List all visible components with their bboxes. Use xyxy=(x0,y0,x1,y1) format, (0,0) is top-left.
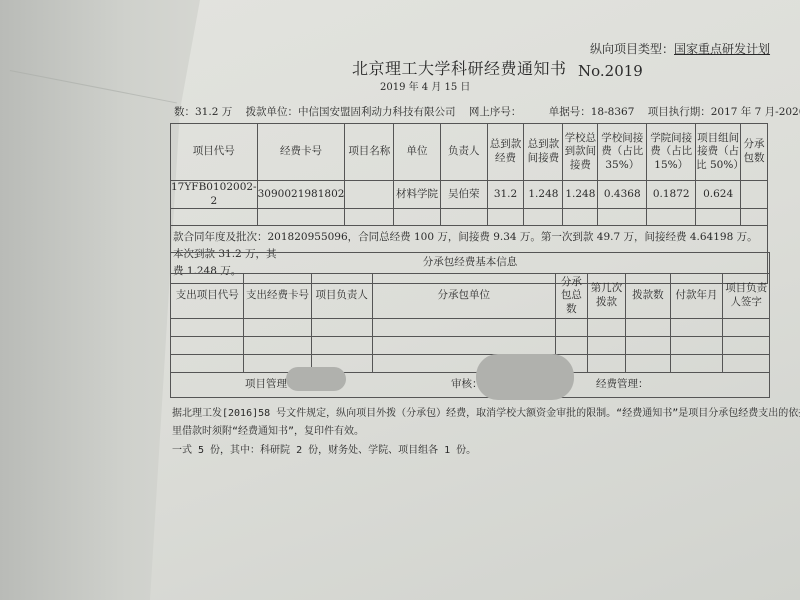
table-row-blank xyxy=(171,209,768,226)
document-title: 北京理工大学科研经费通知书 xyxy=(352,56,567,79)
header-cell: 经费卡号 xyxy=(257,124,345,181)
document-date: 2019 年 4 月 15 日 xyxy=(380,78,470,93)
footnote-1: 据北理工发[2016]58 号文件规定，纵向项目外拨（分承包）经费，取消学校大额… xyxy=(172,404,800,419)
table-row: 17YFB0102002-2 3090021981802 材料学院 吴伯荣 31… xyxy=(171,181,768,209)
redacted-signature xyxy=(286,367,346,391)
cell-total-funds: 31.2 xyxy=(487,181,524,209)
header-cell: 负责人 xyxy=(440,124,487,181)
online-seq: 网上序号： xyxy=(469,106,522,118)
cell-school-total-indirect: 1.248 xyxy=(563,181,598,209)
cell-project-name xyxy=(345,181,394,209)
header-cell: 分承包数 xyxy=(741,124,768,181)
table-row xyxy=(171,355,770,373)
header-cell: 第几次拨款 xyxy=(587,274,625,319)
header-cell: 项目名称 xyxy=(345,124,394,181)
subcontract-header: 支出项目代号 支出经费卡号 项目负责人 分承包单位 分承包总数 第几次拨款 拨款… xyxy=(171,274,770,319)
project-type-value: 国家重点研发计划 xyxy=(674,42,770,56)
header-cell: 学院间接费（占比 15%） xyxy=(647,124,696,181)
fund-mgmt-label: 经费管理： xyxy=(596,378,649,392)
cell-card-no: 3090021981802 xyxy=(257,181,345,209)
header-cell: 项目组间接费（占比 50%） xyxy=(696,124,741,181)
redacted-signature xyxy=(476,354,574,400)
header-cell: 总到款间接费 xyxy=(524,124,563,181)
main-table-header: 项目代号 经费卡号 项目名称 单位 负责人 总到款经费 总到款间接费 学校总到款… xyxy=(171,124,768,181)
document-number: No.2019 xyxy=(578,62,643,80)
header-cell: 支出经费卡号 xyxy=(244,274,311,319)
info-line: 数：31.2 万 拨款单位：中信国安盟固利动力科技有限公司 网上序号： 单据号：… xyxy=(174,104,800,119)
cell-owner: 吴伯荣 xyxy=(440,181,487,209)
table-row xyxy=(171,319,770,337)
amount: 数：31.2 万 xyxy=(174,106,232,118)
header-cell: 项目负责人签字 xyxy=(723,274,770,319)
header-cell: 支出项目代号 xyxy=(171,274,244,319)
header-cell: 分承包总数 xyxy=(555,274,587,319)
footnote-3: 一式 5 份，其中：科研院 2 份，财务处、学院、项目组各 1 份。 xyxy=(172,441,476,456)
subcontract-table: 分承包经费基本信息 支出项目代号 支出经费卡号 项目负责人 分承包单位 分承包总… xyxy=(170,252,770,398)
signature-row: 项目管理： 审核： 经费管理： xyxy=(171,373,770,398)
header-cell: 学校总到款间接费 xyxy=(563,124,598,181)
period: 项目执行期：2017 年 7 月-2020 年 12 月 xyxy=(648,106,800,118)
cell-school-indirect: 0.4368 xyxy=(598,181,647,209)
header-cell: 总到款经费 xyxy=(487,124,524,181)
cell-total-indirect: 1.248 xyxy=(524,181,563,209)
section-title: 分承包经费基本信息 xyxy=(171,253,770,274)
header-cell: 项目代号 xyxy=(171,124,258,181)
receipt-no: 单据号：18-8367 xyxy=(549,106,635,118)
cell-team-indirect: 0.624 xyxy=(696,181,741,209)
project-type-label: 纵向项目类型： xyxy=(590,42,674,56)
cell-unit: 材料学院 xyxy=(394,181,441,209)
header-cell: 单位 xyxy=(394,124,441,181)
cell-college-indirect: 0.1872 xyxy=(647,181,696,209)
table-row xyxy=(171,337,770,355)
header-cell: 拨款数 xyxy=(626,274,670,319)
header-cell: 付款年月 xyxy=(670,274,723,319)
footnote-2: 里借款时须附“经费通知书”，复印件有效。 xyxy=(172,422,364,437)
header-cell: 学校间接费（占比 35%） xyxy=(598,124,647,181)
cell-project-code: 17YFB0102002-2 xyxy=(171,181,258,209)
project-type: 纵向项目类型：国家重点研发计划 xyxy=(590,40,770,57)
header-cell: 项目负责人 xyxy=(311,274,372,319)
payer: 拨款单位：中信国安盟固利动力科技有限公司 xyxy=(246,106,456,118)
cell-subcontract-count xyxy=(741,181,768,209)
header-cell: 分承包单位 xyxy=(372,274,555,319)
